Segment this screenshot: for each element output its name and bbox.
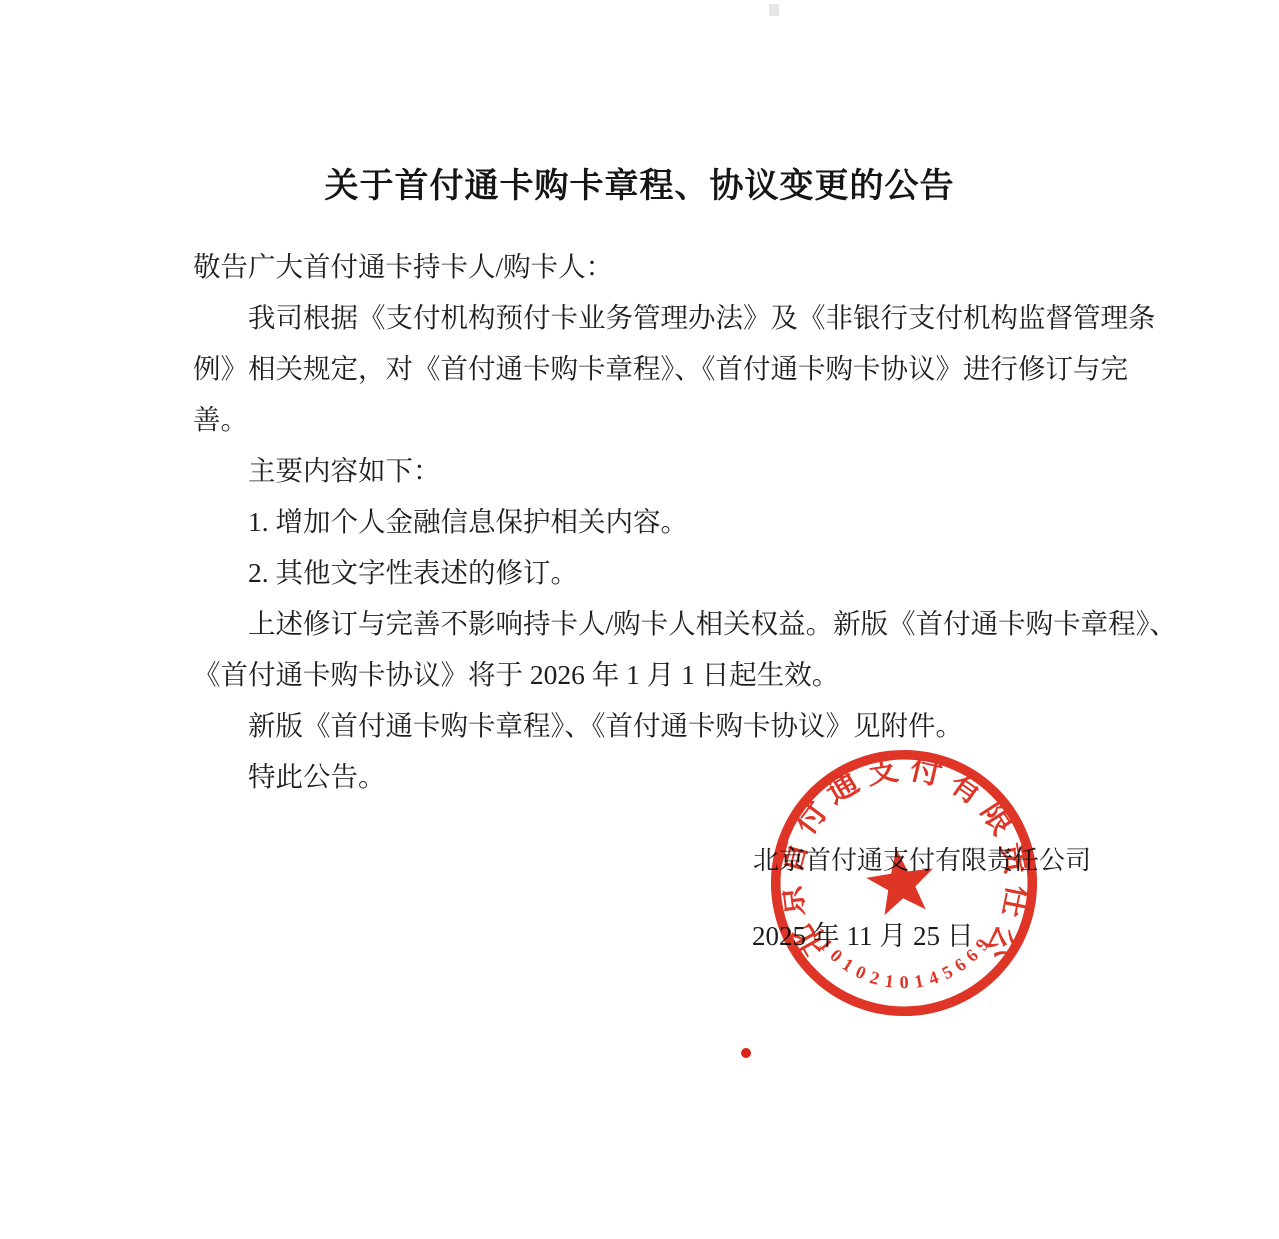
body-line-para1-3: 善。 (193, 394, 1101, 445)
body-line-para1-2: 例》相关规定，对《首付通卡购卡章程》、《首付通卡购卡协议》进行修订与完 (193, 343, 1101, 394)
star-icon (866, 849, 933, 915)
scan-artifact-mark (769, 4, 779, 16)
body-line-item-2: 2. 其他文字性表述的修订。 (193, 547, 1101, 598)
document-title: 关于首付通卡购卡章程、协议变更的公告 (0, 158, 1279, 207)
body-line-para2-1: 上述修订与完善不影响持卡人/购卡人相关权益。新版《首付通卡购卡章程》、 (193, 598, 1101, 649)
body-line-para1-1: 我司根据《支付机构预付卡业务管理办法》及《非银行支付机构监督管理条 (193, 292, 1101, 343)
body-line-greeting: 敬告广大首付通卡持卡人/购卡人： (193, 241, 1101, 292)
document-body: 敬告广大首付通卡持卡人/购卡人： 我司根据《支付机构预付卡业务管理办法》及《非银… (193, 241, 1101, 802)
red-dot-artifact (741, 1048, 751, 1058)
seal-serial-holder: 11010210145669 (807, 924, 996, 992)
body-line-item-1: 1. 增加个人金融信息保护相关内容。 (193, 496, 1101, 547)
official-seal: 北京首付通支付有限责任公司 11010210145669 (770, 749, 1038, 1017)
body-line-main-intro: 主要内容如下： (193, 445, 1101, 496)
body-line-attachment: 新版《首付通卡购卡章程》、《首付通卡购卡协议》见附件。 (193, 700, 1101, 751)
seal-serial-number: 11010210145669 (807, 924, 996, 992)
scanned-announcement-page: 关于首付通卡购卡章程、协议变更的公告 敬告广大首付通卡持卡人/购卡人： 我司根据… (0, 0, 1279, 1239)
body-line-para2-2: 《首付通卡购卡协议》将于 2026 年 1 月 1 日起生效。 (193, 649, 1101, 700)
